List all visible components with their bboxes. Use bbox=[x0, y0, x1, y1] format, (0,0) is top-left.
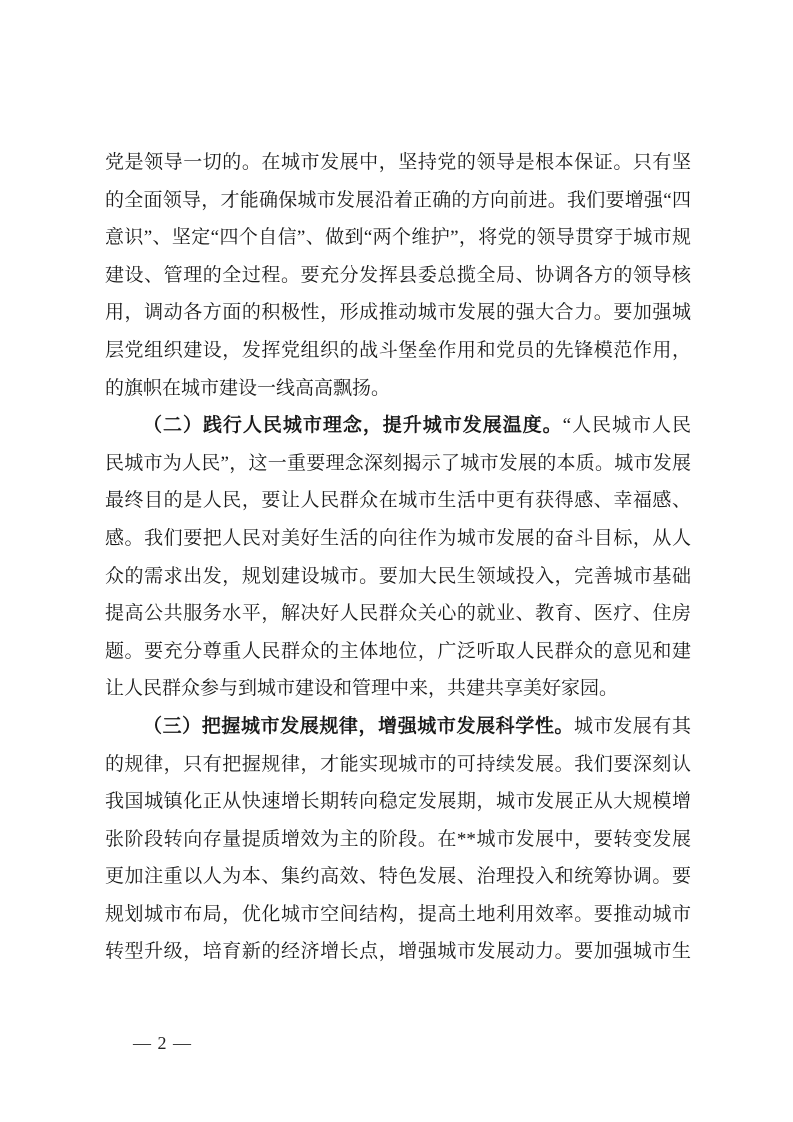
text-line: 让人民群众参与到城市建设和管理中来，共建共享美好家园。 bbox=[105, 670, 691, 708]
text-line: 题。要充分尊重人民群众的主体地位，广泛听取人民群众的意见和建议， bbox=[105, 633, 691, 671]
text-line: 的旗帜在城市建设一线高高飘扬。 bbox=[105, 370, 691, 408]
text-line: 规划城市布局，优化城市空间结构，提高土地利用效率。要推动城市产业 bbox=[105, 896, 691, 934]
paragraph-3: （三）把握城市发展规律，增强城市发展科学性。城市发展有其自身 的规律，只有把握规… bbox=[105, 708, 691, 971]
text-line: 层党组织建设，发挥党组织的战斗堡垒作用和党员的先锋模范作用，让党 bbox=[105, 332, 691, 370]
text-line: 我国城镇化正从快速增长期转向稳定发展期，城市发展正从大规模增量扩 bbox=[105, 783, 691, 821]
text-line: 的规律，只有把握规律，才能实现城市的可持续发展。我们要深刻认识到 bbox=[105, 746, 691, 784]
text-line: 提高公共服务水平，解决好人民群众关心的就业、教育、医疗、住房等问 bbox=[105, 595, 691, 633]
document-page: 党是领导一切的。在城市发展中，坚持党的领导是根本保证。只有坚持党 的全面领导，才… bbox=[0, 0, 793, 1122]
text-line: 转型升级，培育新的经济增长点，增强城市发展动力。要加强城市生态环 bbox=[105, 933, 691, 971]
text-line: 更加注重以人为本、集约高效、特色发展、治理投入和统筹协调。要科学 bbox=[105, 858, 691, 896]
text-line: 用，调动各方面的积极性，形成推动城市发展的强大合力。要加强城市基 bbox=[105, 294, 691, 332]
text-line: 党是领导一切的。在城市发展中，坚持党的领导是根本保证。只有坚持党 bbox=[105, 144, 691, 182]
page-number: — 2 — bbox=[133, 1031, 192, 1055]
text-line: 意识”、坚定“四个自信”、做到“两个维护”，将党的领导贯穿于城市规划、 bbox=[105, 219, 691, 257]
text-line: 感。我们要把人民对美好生活的向往作为城市发展的奋斗目标，从人民群 bbox=[105, 520, 691, 558]
text-line: 建设、管理的全过程。要充分发挥县委总揽全局、协调各方的领导核心作 bbox=[105, 257, 691, 295]
document-body: 党是领导一切的。在城市发展中，坚持党的领导是根本保证。只有坚持党 的全面领导，才… bbox=[105, 144, 691, 971]
text-line: （二）践行人民城市理念，提升城市发展温度。“人民城市人民建、人 bbox=[105, 407, 691, 445]
text-line: 的全面领导，才能确保城市发展沿着正确的方向前进。我们要增强“四个 bbox=[105, 182, 691, 220]
text-line: （三）把握城市发展规律，增强城市发展科学性。城市发展有其自身 bbox=[105, 708, 691, 746]
text-line: 张阶段转向存量提质增效为主的阶段。在**城市发展中，要转变发展理念， bbox=[105, 821, 691, 859]
paragraph-2: （二）践行人民城市理念，提升城市发展温度。“人民城市人民建、人 民城市为人民”，… bbox=[105, 407, 691, 708]
section-heading-2: （二）践行人民城市理念，提升城市发展温度。 bbox=[143, 415, 563, 436]
section-heading-3: （三）把握城市发展规律，增强城市发展科学性。 bbox=[143, 716, 574, 737]
paragraph-1: 党是领导一切的。在城市发展中，坚持党的领导是根本保证。只有坚持党 的全面领导，才… bbox=[105, 144, 691, 407]
text-line: 民城市为人民”，这一重要理念深刻揭示了城市发展的本质。城市发展的 bbox=[105, 445, 691, 483]
text-line: 最终目的是人民，要让人民群众在城市生活中更有获得感、幸福感、安全 bbox=[105, 482, 691, 520]
text-line: 众的需求出发，规划建设城市。要加大民生领域投入，完善城市基础设施， bbox=[105, 558, 691, 596]
